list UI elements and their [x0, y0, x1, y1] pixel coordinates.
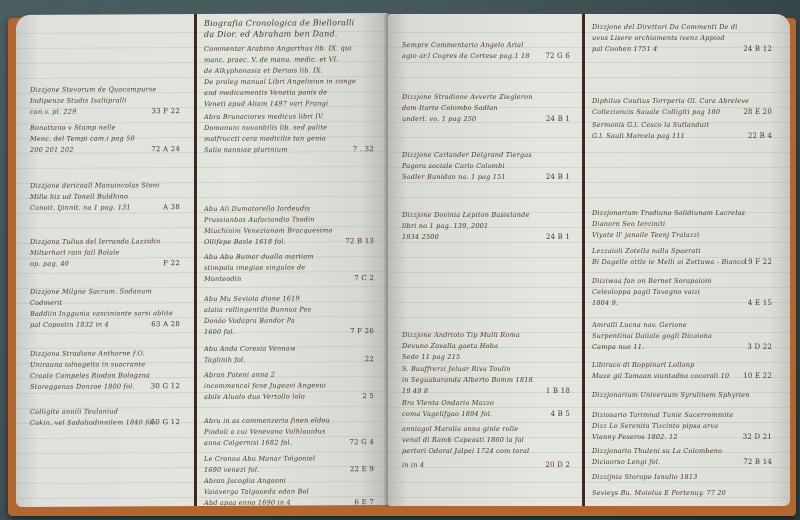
left-column-1: Dizzjone Stevorum de Quocampurse Indipen…	[30, 14, 188, 507]
ledger-entry: Dizzjone Andrioto Tip Mulli Roma Devuno …	[402, 330, 570, 363]
ledger-entry: Abran Poteni anna 2 incommencal fene Jug…	[204, 369, 374, 403]
ledger-entry: Dizzjone Milgne Sacrum. Sodanum Codmerit…	[30, 286, 180, 331]
ledger-entry: Dizzjone dericoall Manuincolas Stoni Mil…	[30, 180, 180, 214]
column-divider	[582, 14, 585, 506]
column-divider	[194, 14, 197, 506]
right-page: Sempre Commentario Angelo Arial agio ar.…	[388, 14, 790, 506]
ledger-entry: Abru in as commenzerio finen eldou Pindo…	[204, 415, 374, 449]
right-column-1: Sempre Commentario Angelo Arial agio ar.…	[402, 14, 576, 506]
right-column-2: Dizzjone del Direttori Da Commenti De di…	[592, 14, 778, 506]
ledger-entry: Commentar Arabino Angarthus lib. IX. qui…	[204, 43, 374, 110]
ledger-entry: Dizzijnia Storapo Isnulio 1813	[592, 472, 772, 483]
ledger-entry: Bra Vlenta Ondario Mazzo coma Vagelifgao…	[402, 398, 570, 420]
ledger-entry: Abra Brunaciores medicus libri IV. Domon…	[204, 111, 374, 156]
ledger-entry: Dizzjona Tulius del Ierrando Lazzidin Mi…	[30, 236, 180, 270]
ledger-entry: Diphilus Coutius Torrperia Gl. Cara Abre…	[592, 96, 772, 118]
ledger-entry: Biografia Cronologica de Bielloralli da …	[204, 17, 374, 40]
ledger-entry: Le Cronna Abu Manar Tolgoniel 1690 venez…	[204, 453, 374, 476]
ledger-entry: Abu Abu Bumar dualla mariiam stimpola im…	[204, 251, 374, 285]
ledger-entry: Dizzjone Dovinia Lepiton Basielande libr…	[402, 210, 570, 243]
ledger-entry: Amralli Lucna nav. Gerione Surpentinai D…	[592, 320, 772, 353]
ledger-entry: Diiziwaa fan on Bernet Sorapaioni Celeol…	[592, 276, 772, 309]
ledger-entry: Dizzjone Stevorum de Quocampurse Indipen…	[30, 84, 180, 118]
ledger-entry: Dizzjone Stradione Avverte Ziegleron dam…	[402, 92, 570, 125]
ledger-entry: Dizzjona Stradione Anthorne f.O. Uniraun…	[30, 348, 180, 393]
ledger-entry: Abran Jacoglia Angaoni Vaiaverga Talgoae…	[204, 475, 374, 507]
ledger-entry: Abu Ali Dumatorello Iordeudis Prussianba…	[204, 203, 374, 248]
ledger-entry: Diziosario Tarimnal Tunie Sacerrommite D…	[592, 410, 772, 443]
left-column-2: Biografia Cronologica de Bielloralli da …	[204, 13, 380, 506]
ledger-entry: Lezzaioli Zotella nalla Spaerati Bi Dage…	[592, 246, 772, 268]
ledger-entry: Bonattano v Stamp nelle Menc. del Tempi …	[30, 122, 180, 156]
ledger-entry: Sermonis G.l. Cesco la Sutlanduit G.l. S…	[592, 120, 772, 142]
ledger-entry: Abu Anda Coresia Vennaw Taglinih fol.22	[204, 343, 374, 366]
ledger-entry: Dizzjone Carlander Delgrand Tiergas Pago…	[402, 150, 570, 183]
ledger-entry: Abu Mu Seviola dione 1619 alaiia rolling…	[204, 293, 374, 338]
ledger-entry: Libiraco di Roppinarl Lollonp Muze gil T…	[592, 360, 772, 382]
ledger-entry: Dizzjonarium Universum Syrulinem Sphyrie…	[592, 390, 772, 401]
ledger-entry: Colligite annili Teulaniud Cokin. vel Sa…	[30, 406, 180, 429]
ledger-entry: S. Bauffrerzi Jeluar Riva Toulin in Segu…	[402, 364, 570, 397]
ledger-entry: anniagol Marolia anna ginle rolle venal …	[402, 424, 570, 457]
ledger-entry: Sevieys Bu. Moiolus E Portenuy. 77 20	[592, 488, 772, 499]
ledger-entry: Dizzjonario Thuleni su La Colombeno Dici…	[592, 446, 772, 468]
ledger-entry: Dizzjone del Direttori Da Commenti De di…	[592, 22, 772, 55]
ledger-entry: Dizzjonarium Tradiuna Salidiunam Lacrela…	[592, 208, 772, 241]
left-page: Dizzjone Stevorum de Quocampurse Indipen…	[16, 13, 388, 507]
ledger-entry: Sempre Commentario Angelo Arial agio ar.…	[402, 40, 570, 62]
ledger-entry: in in 420 D 2	[402, 460, 570, 471]
